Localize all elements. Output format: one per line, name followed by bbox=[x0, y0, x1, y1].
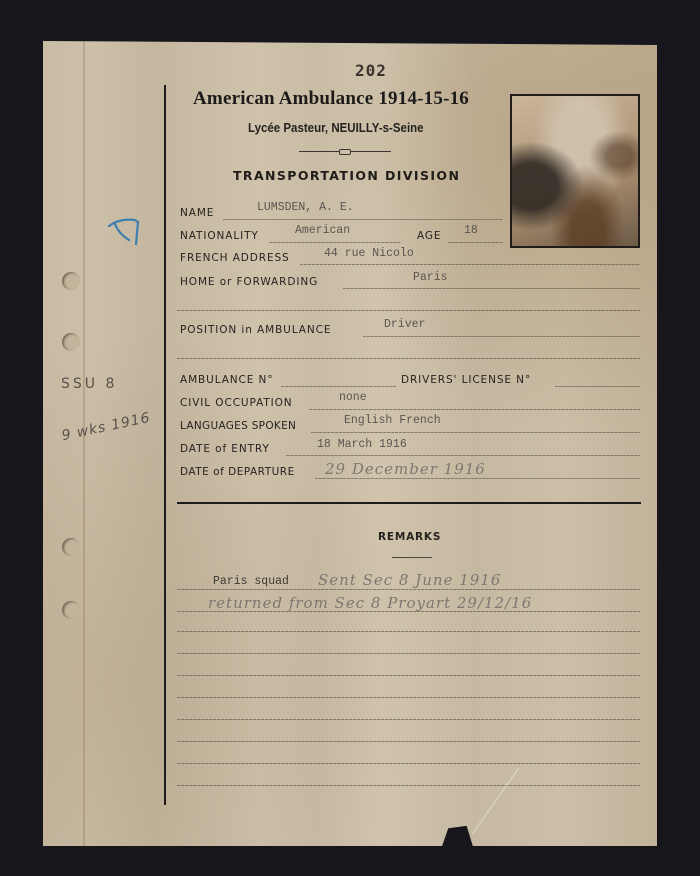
date-departure-line bbox=[315, 478, 640, 479]
blue-check-mark-icon bbox=[105, 216, 145, 256]
french-address-label: FRENCH ADDRESS bbox=[180, 252, 290, 264]
date-entry-label: DATE of ENTRY bbox=[180, 443, 270, 455]
ambulance-no-label: AMBULANCE N° bbox=[180, 374, 273, 386]
division-heading: TRANSPORTATION DIVISION bbox=[233, 168, 460, 183]
remarks-underline bbox=[392, 557, 432, 558]
punch-hole-icon bbox=[62, 601, 80, 619]
punch-hole-icon bbox=[62, 272, 80, 290]
remarks-line bbox=[177, 589, 640, 590]
civil-occupation-line bbox=[309, 409, 640, 410]
margin-note-unit: SSU 8 bbox=[61, 376, 117, 392]
drivers-license-line bbox=[555, 386, 640, 387]
binding-strip-line bbox=[83, 41, 85, 846]
name-value: LUMSDEN, A. E. bbox=[257, 201, 354, 214]
remarks-line bbox=[177, 763, 640, 764]
remarks-typed: Paris squad bbox=[213, 575, 289, 588]
french-address-line bbox=[300, 264, 640, 265]
ambulance-no-line bbox=[281, 386, 396, 387]
remarks-line bbox=[177, 697, 640, 698]
languages-value: English French bbox=[344, 414, 441, 427]
home-forwarding-line-2 bbox=[177, 310, 640, 311]
name-line bbox=[223, 219, 503, 220]
margin-rule bbox=[164, 85, 166, 805]
position-label: POSITION in AMBULANCE bbox=[180, 324, 331, 336]
nationality-line bbox=[269, 242, 401, 243]
age-label: AGE bbox=[417, 230, 441, 242]
age-line bbox=[448, 242, 503, 243]
civil-occupation-label: CIVIL OCCUPATION bbox=[180, 397, 293, 409]
remarks-line bbox=[177, 675, 640, 676]
date-departure-value: 29 December 1916 bbox=[325, 460, 486, 478]
date-entry-line bbox=[286, 455, 640, 456]
remarks-handwritten: Sent Sec 8 June 1916 bbox=[318, 571, 501, 589]
remarks-line bbox=[177, 631, 640, 632]
serial-number: 202 bbox=[355, 61, 387, 80]
languages-label: LANGUAGES SPOKEN bbox=[180, 420, 296, 432]
civil-occupation-value: none bbox=[339, 391, 367, 404]
remarks-line bbox=[177, 741, 640, 742]
languages-line bbox=[311, 432, 640, 433]
section-divider bbox=[177, 502, 641, 504]
home-forwarding-value: Paris bbox=[413, 271, 448, 284]
age-value: 18 bbox=[464, 224, 478, 237]
photograph bbox=[510, 94, 640, 248]
position-value: Driver bbox=[384, 318, 425, 331]
remarks-line bbox=[177, 653, 640, 654]
name-label: NAME bbox=[180, 207, 214, 219]
ambulance-record-card: SSU 8 9 wks 1916 202 American Ambulance … bbox=[43, 41, 657, 846]
home-forwarding-line bbox=[343, 288, 640, 289]
date-entry-value: 18 March 1916 bbox=[317, 438, 407, 451]
ornament-divider bbox=[299, 151, 391, 152]
nationality-label: NATIONALITY bbox=[180, 230, 259, 242]
remarks-heading: REMARKS bbox=[378, 531, 441, 543]
french-address-value: 44 rue Nicolo bbox=[324, 247, 414, 260]
position-line-2 bbox=[177, 358, 640, 359]
remarks-handwritten: returned from Sec 8 Proyart 29/12/16 bbox=[208, 594, 532, 612]
punch-hole-icon bbox=[62, 538, 80, 556]
paper-crease bbox=[472, 768, 519, 834]
remarks-line bbox=[177, 719, 640, 720]
date-departure-label: DATE of DEPARTURE bbox=[180, 466, 295, 478]
document-title: American Ambulance 1914-15-16 bbox=[193, 88, 503, 110]
position-line bbox=[363, 336, 640, 337]
drivers-license-label: DRIVERS' LICENSE N° bbox=[401, 374, 531, 386]
punch-hole-icon bbox=[62, 333, 80, 351]
home-forwarding-label: HOME or FORWARDING bbox=[180, 276, 318, 288]
margin-note-duration: 9 wks 1916 bbox=[60, 410, 152, 444]
nationality-value: American bbox=[295, 224, 350, 237]
document-subtitle: Lycée Pasteur, NEUILLY-s-Seine bbox=[248, 121, 424, 135]
remarks-line bbox=[177, 785, 640, 786]
